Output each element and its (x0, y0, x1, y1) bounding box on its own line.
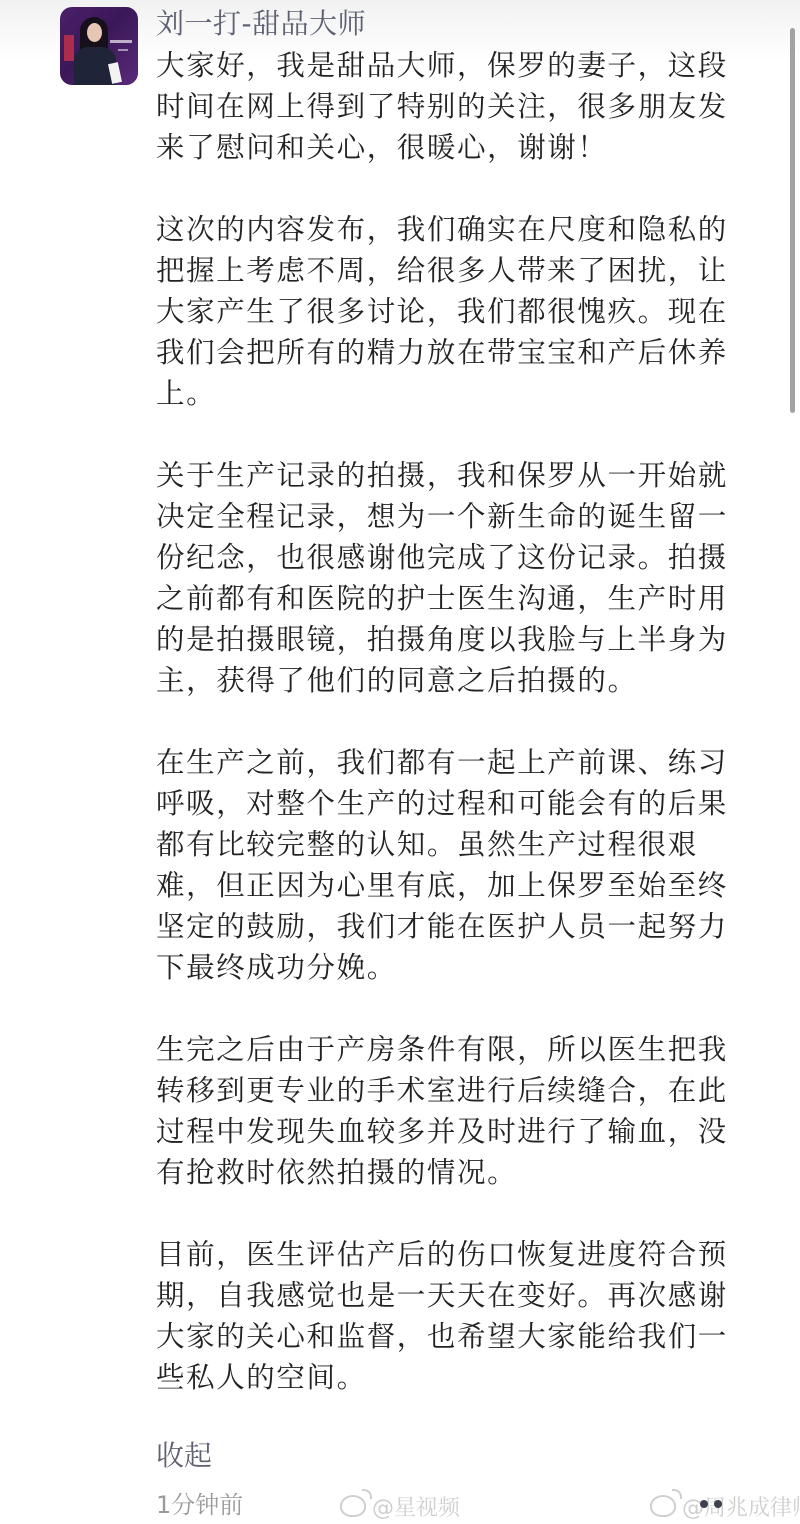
avatar-backdrop-text (118, 49, 128, 51)
post-paragraph-4: 在生产之前，我们都有一起上产前课、练习 呼吸，对整个生产的过程和可能会有的后果 … (156, 742, 746, 988)
text-line: 份纪念，也很感谢他完成了这份记录。拍摄 (156, 537, 746, 578)
text-line: 生完之后由于产房条件有限，所以医生把我 (156, 1029, 746, 1070)
text-line: 决定全程记录，想为一个新生命的诞生留一 (156, 496, 746, 537)
text-line: 关于生产记录的拍摄，我和保罗从一开始就 (156, 455, 746, 496)
text-line: 有抢救时依然拍摄的情况。 (156, 1152, 746, 1193)
post-paragraph-3: 关于生产记录的拍摄，我和保罗从一开始就 决定全程记录，想为一个新生命的诞生留一 … (156, 455, 746, 701)
post-paragraph-1: 大家好，我是甜品大师，保罗的妻子，这段 时间在网上得到了特别的关注，很多朋友发 … (156, 45, 746, 168)
text-line: 这次的内容发布，我们确实在尺度和隐私的 (156, 209, 746, 250)
avatar-backdrop-banner (64, 35, 74, 61)
text-line: 大家的关心和监督，也希望大家能给我们一 (156, 1316, 746, 1357)
weibo-icon (340, 1495, 366, 1517)
text-line: 呼吸，对整个生产的过程和可能会有的后果 (156, 783, 746, 824)
text-line: 把握上考虑不周，给很多人带来了困扰，让 (156, 250, 746, 291)
text-line: 坚定的鼓励，我们才能在医护人员一起努力 (156, 906, 746, 947)
post-paragraph-5: 生完之后由于产房条件有限，所以医生把我 转移到更专业的手术室进行后续缝合，在此 … (156, 1029, 746, 1193)
watermark: @星视频 (340, 1494, 460, 1524)
more-dots-icon[interactable] (698, 1500, 728, 1510)
text-line: 来了慰问和关心，很暖心，谢谢！ (156, 127, 746, 168)
post-paragraph-2: 这次的内容发布，我们确实在尺度和隐私的 把握上考虑不周，给很多人带来了困扰，让 … (156, 209, 746, 414)
text-line: 时间在网上得到了特别的关注，很多朋友发 (156, 86, 746, 127)
text-line: 之前都有和医院的护士医生沟通，生产时用 (156, 578, 746, 619)
text-line: 目前，医生评估产后的伤口恢复进度符合预 (156, 1234, 746, 1275)
dot (700, 1500, 708, 1508)
post-timestamp: 1分钟前 (156, 1488, 243, 1522)
text-line: 大家产生了很多讨论，我们都很愧疚。现在 (156, 291, 746, 332)
vertical-scrollbar[interactable] (790, 28, 795, 413)
text-line: 大家好，我是甜品大师，保罗的妻子，这段 (156, 45, 746, 86)
text-line: 我们会把所有的精力放在带宝宝和产后休养 (156, 332, 746, 373)
text-line: 下最终成功分娩。 (156, 947, 746, 988)
post-body: 大家好，我是甜品大师，保罗的妻子，这段 时间在网上得到了特别的关注，很多朋友发 … (156, 45, 746, 1439)
weibo-icon (650, 1495, 676, 1517)
avatar-person-face (87, 23, 102, 42)
text-line: 期，自我感觉也是一天天在变好。再次感谢 (156, 1275, 746, 1316)
post-paragraph-6: 目前，医生评估产后的伤口恢复进度符合预 期，自我感觉也是一天天在变好。再次感谢 … (156, 1234, 746, 1398)
author-avatar[interactable] (60, 7, 138, 85)
text-line: 过程中发现失血较多并及时进行了输血，没 (156, 1111, 746, 1152)
text-line: 主，获得了他们的同意之后拍摄的。 (156, 660, 746, 701)
text-line: 都有比较完整的认知。虽然生产过程很艰 (156, 824, 746, 865)
text-line: 的是拍摄眼镜，拍摄角度以我脸与上半身为 (156, 619, 746, 660)
watermark-text: @星视频 (372, 1496, 460, 1521)
collapse-link[interactable]: 收起 (156, 1436, 212, 1476)
text-line: 难，但正因为心里有底，加上保罗至始至终 (156, 865, 746, 906)
text-line: 转移到更专业的手术室进行后续缝合，在此 (156, 1070, 746, 1111)
author-name[interactable]: 刘一打-甜品大师 (156, 4, 366, 44)
dot (714, 1500, 722, 1508)
post-card: 刘一打-甜品大师 大家好，我是甜品大师，保罗的妻子，这段 时间在网上得到了特别的… (0, 0, 800, 1524)
avatar-backdrop-text (110, 40, 132, 43)
text-line: 在生产之前，我们都有一起上产前课、练习 (156, 742, 746, 783)
text-line: 上。 (156, 373, 746, 414)
text-line: 些私人的空间。 (156, 1357, 746, 1398)
